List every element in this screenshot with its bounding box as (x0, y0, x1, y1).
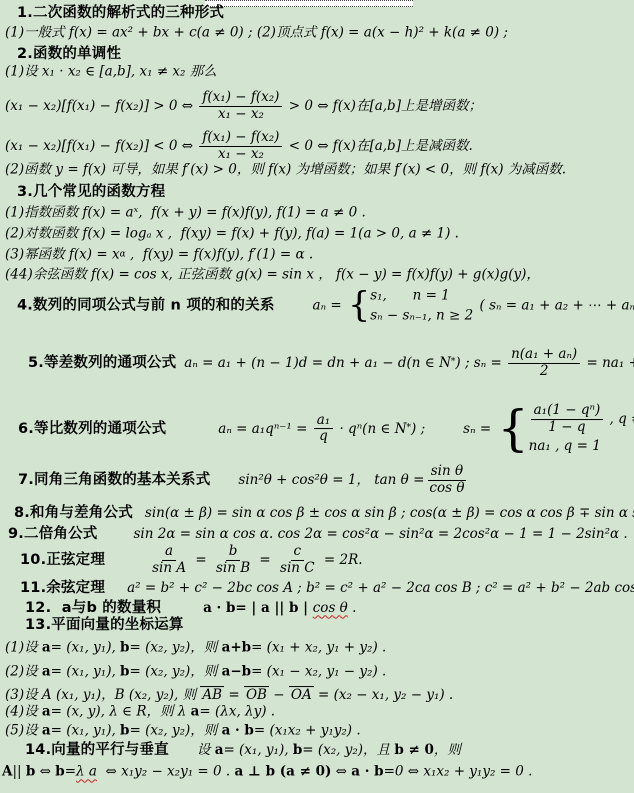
formula-text: ⇔ (35, 764, 55, 781)
formula-text: a² = b² + c² − 2bc cos A ; b² = c² + a² … (127, 580, 634, 597)
formula-text: (4)设 (5, 704, 42, 721)
heading-text: 5.等差数列的通项公式 (28, 354, 176, 372)
fraction-denominator: x₁ − x₂ (215, 147, 267, 163)
fraction-numerator: a₁ (314, 413, 333, 430)
fraction: a₁(1 − qⁿ)1 − q (531, 403, 604, 435)
formula-logarithmic-function: (2)对数函数 f(x) = logₐ x , f(xy) = f(x) + f… (5, 226, 459, 243)
heading-text: 4.数列的同项公式与前 n 项的和的关系 (17, 297, 275, 315)
formula-text: − (269, 687, 289, 704)
fraction-numerator: sin θ (428, 464, 466, 481)
bold-vector-text: b (120, 723, 129, 740)
formula-text: || (12, 764, 25, 781)
fraction-denominator: x₁ − x₂ (215, 107, 267, 123)
fraction: bsin B (213, 544, 253, 576)
heading-text: 11.余弦定理 (20, 579, 105, 597)
formula-scalar-multiplication: (4)设 a= (x, y), λ ∈ R，则 λ a= (λx, λy) . (5, 704, 275, 721)
formula-text: = (191, 552, 211, 569)
formula-text: ) ; (411, 421, 425, 438)
cases-row: a₁(1 − qⁿ)1 − q , q ≠ 1 (529, 403, 634, 435)
fraction-denominator: sin B (213, 561, 253, 577)
heading-text: 8.和角与差角公式 (14, 504, 133, 522)
cases-row: sₙ − sₙ₋₁, n ≥ 2 (370, 308, 473, 325)
document-page: 1.二次函数的解析式的三种形式(1)一般式 f(x) = ax² + bx + … (0, 0, 634, 793)
formula-cosine-sine-function: (44)余弦函数 f(x) = cos x, 正弦函数 g(x) = sin x… (5, 267, 540, 284)
formula-vector-addition: (1)设 a= (x₁, y₁), b= (x₂, y₂)，则 a+b= (x₁… (5, 640, 386, 657)
section-parallel-perpendicular: 14.向量的平行与垂直设 a= (x₁, y₁), b= (x₂, y₂)，且 … (25, 741, 461, 759)
formula-text: aₙ = a₁ + (n − 1)d = dn + a₁ − d(n ∈ N (184, 355, 451, 372)
bold-vector-text: a (42, 640, 51, 657)
fraction: csin C (277, 544, 318, 576)
heading-text: 14.向量的平行与垂直 (25, 741, 169, 759)
bold-vector-text: a+b (222, 640, 252, 657)
formula-dot-product-coordinates: (5)设 a= (x₁, y₁), b= (x₂, y₂)，则 a · b= (… (5, 723, 361, 740)
formula-text: = na₁ + (582, 355, 634, 372)
fraction-numerator: f(x₁) − f(x₂) (199, 90, 282, 107)
formula-text: (1)设 x₁ · x₂ ∈ [a,b], x₁ ≠ x₂ 那么 (5, 64, 217, 81)
formula-text: = (x, y), λ ∈ R，则 λ (51, 704, 191, 721)
vector-overline: OB (244, 686, 269, 704)
formula-text: aₙ = (313, 298, 346, 315)
bold-vector-text: b (293, 742, 302, 759)
formula-text: aₙ = a₁qⁿ⁻¹ = (218, 421, 311, 438)
formula-text: ，则 (434, 742, 461, 759)
bold-vector-text: a · b (351, 764, 383, 781)
spellcheck-wavy-text: cos θ (313, 600, 348, 617)
piecewise-cases: {a₁(1 − qⁿ)1 − q , q ≠ 1na₁ , q = 1 (497, 403, 634, 455)
formula-text: > 0 ⇔ f(x)在[a,b]上是增函数； (284, 98, 482, 115)
fraction: f(x₁) − f(x₂)x₁ − x₂ (199, 90, 282, 122)
formula-text: (2)设 (5, 664, 42, 681)
fraction-denominator: q (316, 430, 331, 446)
fraction: a₁q (314, 413, 333, 445)
vector-overline: OA (289, 686, 314, 704)
formula-vector-from-points: (3)设 A (x₁, y₁)，B (x₂, y₂), 则 AB = OB − … (5, 686, 453, 704)
section-law-of-cosines: 11.余弦定理a² = b² + c² − 2bc cos A ; b² = c… (20, 579, 634, 597)
bold-vector-text: a−b (222, 664, 252, 681)
cases-rows: a₁(1 − qⁿ)1 − q , q ≠ 1na₁ , q = 1 (529, 403, 634, 455)
formula-text: . (348, 600, 357, 617)
formula-text: ( sₙ = a₁ + a₂ + ⋯ + aₙ ). (475, 298, 634, 315)
section-double-angle-formulas: 9.二倍角公式sin 2α = sin α cos α. cos 2α = co… (8, 525, 628, 543)
formula-text: < 0 ⇔ f(x)在[a,b]上是减函数. (284, 138, 472, 155)
formula-text: ⇔ (331, 764, 351, 781)
heading-quadratic-forms: 1.二次函数的解析式的三种形式 (17, 4, 224, 22)
heading-text: 10.正弦定理 (20, 551, 105, 569)
formula-text: = (x₁, y₁), (51, 640, 120, 657)
cases-rows: s₁, n = 1sₙ − sₙ₋₁, n ≥ 2 (370, 288, 473, 325)
formula-derivative-monotonicity: (2)函数 y = f(x) 可导，如果 f′(x) > 0，则 f(x) 为增… (5, 162, 566, 179)
piecewise-cases: {s₁, n = 1sₙ − sₙ₋₁, n ≥ 2 (348, 288, 473, 325)
section-geometric-sequence: 6.等比数列的通项公式aₙ = a₁qⁿ⁻¹ = a₁q · qⁿ(n ∈ N*… (18, 403, 634, 455)
formula-text: (44)余弦函数 f(x) = cos x, 正弦函数 g(x) = sin x… (5, 267, 540, 284)
bold-vector-text: a (191, 704, 200, 721)
bold-vector-text: A (2, 764, 12, 781)
heading-text: 2.函数的单调性 (17, 45, 121, 63)
spellcheck-wavy-text: λ a (76, 764, 97, 781)
formula-decreasing-condition: (x₁ − x₂)[f(x₁) − f(x₂)] < 0 ⇔ f(x₁) − f… (5, 130, 473, 162)
formula-text: , q ≠ 1 (605, 411, 634, 428)
formula-text: = (65, 764, 76, 781)
formula-text: ⇔ x₁y₂ − x₂y₁ = 0 . (97, 764, 235, 781)
formula-vector-subtraction: (2)设 a= (x₁, y₁), b= (x₂, y₂)，则 a−b= (x₁… (5, 664, 386, 681)
bold-vector-text: b (120, 664, 129, 681)
section-dot-product: 12. a与b 的数量积a · b= | a || b | cos θ . (25, 599, 356, 617)
formula-text: (5)设 (5, 723, 42, 740)
formula-text: sₙ − sₙ₋₁, n ≥ 2 (370, 308, 473, 325)
formula-increasing-condition: (x₁ − x₂)[f(x₁) − f(x₂)] > 0 ⇔ f(x₁) − f… (5, 90, 482, 122)
fraction-denominator: sin C (277, 561, 318, 577)
heading-text: 9.二倍角公式 (8, 525, 98, 543)
bold-vector-text: b (120, 640, 129, 657)
fraction-denominator: 1 − q (545, 420, 588, 436)
fraction: sin θcos θ (426, 464, 467, 496)
bold-vector-text: b ≠ 0 (394, 742, 434, 759)
formula-text: = (x₁, y₁), (51, 723, 120, 740)
heading-text: 3.几个常见的函数方程 (17, 183, 165, 201)
formula-general-and-vertex-form: (1)一般式 f(x) = ax² + bx + c(a ≠ 0) ; (2)顶… (5, 25, 508, 42)
formula-parallel-perpendicular-conditions: A|| b ⇔ b=λ a ⇔ x₁y₂ − x₂y₁ = 0 . a ⊥ b … (2, 764, 532, 781)
formula-text: = (x₂ − x₁, y₂ − y₁) . (314, 687, 454, 704)
bold-vector-text: a ⊥ b (a ≠ 0) (234, 764, 331, 781)
fraction-numerator: a₁(1 − qⁿ) (531, 403, 604, 420)
section-sequence-sum-relation: 4.数列的同项公式与前 n 项的和的关系aₙ = {s₁, n = 1sₙ − … (17, 288, 634, 325)
bold-vector-text: b (55, 764, 64, 781)
formula-text: (1)指数函数 f(x) = aˣ, f(x + y) = f(x)f(y), … (5, 205, 366, 222)
formula-text: sin 2α = sin α cos α. cos 2α = cos²α − s… (134, 526, 628, 543)
curly-brace-icon: { (348, 289, 370, 322)
fraction-numerator: c (291, 544, 305, 561)
formula-text: = (x₂, y₂)，则 (130, 664, 222, 681)
section-trig-basic-relations: 7.同角三角函数的基本关系式sin²θ + cos²θ = 1， tan θ =… (18, 464, 469, 496)
formula-text: = (224, 687, 244, 704)
formula-text: =0 ⇔ x₁x₂ + y₁y₂ = 0 . (384, 764, 533, 781)
formula-text: = (x₁x₂ + y₁y₂) . (254, 723, 361, 740)
formula-text: sin²θ + cos²θ = 1， tan θ = (238, 472, 424, 489)
heading-text: 1.二次函数的解析式的三种形式 (17, 4, 224, 22)
formula-text: na₁ , q = 1 (529, 438, 601, 455)
formula-text: ) ; sₙ = (455, 355, 506, 372)
formula-exponential-function: (1)指数函数 f(x) = aˣ, f(x + y) = f(x)f(y), … (5, 205, 366, 222)
fraction-numerator: n(a₁ + aₙ) (508, 347, 580, 364)
cases-row: na₁ , q = 1 (529, 438, 634, 455)
formula-text: = (255, 552, 275, 569)
heading-common-function-equations: 3.几个常见的函数方程 (17, 183, 165, 201)
formula-text: sin(α ± β) = sin α cos β ± cos α sin β ;… (145, 505, 634, 522)
section-arithmetic-sequence: 5.等差数列的通项公式aₙ = a₁ + (n − 1)d = dn + a₁ … (28, 347, 634, 379)
formula-text: sₙ = (463, 421, 495, 438)
bold-vector-text: b (26, 764, 35, 781)
formula-text: (1)设 (5, 640, 42, 657)
formula-text: = (x₂, y₂)，则 (130, 640, 222, 657)
formula-text: , f(xy) = f(x)f(y), f′(1) = α . (126, 247, 314, 264)
bold-vector-text: a · b= | a || b | (203, 600, 313, 617)
formula-power-function: (3)幂函数 f(x) = xα , f(xy) = f(x)f(y), f′(… (5, 247, 313, 264)
formula-text: (x₁ − x₂)[f(x₁) − f(x₂)] > 0 ⇔ (5, 98, 197, 115)
dotted-selection-strip (205, 0, 413, 7)
formula-text: · qⁿ(n ∈ N (335, 421, 406, 438)
formula-text: = (x₁, y₁), (51, 664, 120, 681)
bold-vector-text: a (42, 704, 51, 721)
section-law-of-sines: 10.正弦定理asin A = bsin B = csin C = 2R. (20, 544, 363, 576)
formula-text: = (x₁ − x₂, y₁ − y₂) . (251, 664, 386, 681)
fraction-numerator: f(x₁) − f(x₂) (199, 130, 282, 147)
formula-monotonicity-setup: (1)设 x₁ · x₂ ∈ [a,b], x₁ ≠ x₂ 那么 (5, 64, 217, 81)
heading-text: 7.同角三角函数的基本关系式 (18, 471, 210, 489)
fraction-numerator: b (226, 544, 241, 561)
formula-text: (3)设 A (x₁, y₁)，B (x₂, y₂), 则 (5, 687, 200, 704)
fraction-numerator: a (162, 544, 176, 561)
heading-text: 13.平面向量的坐标运算 (25, 616, 184, 634)
fraction: asin A (149, 544, 189, 576)
heading-text: 12. a与b 的数量积 (25, 599, 161, 617)
heading-monotonicity: 2.函数的单调性 (17, 45, 121, 63)
bold-vector-text: a (215, 742, 224, 759)
fraction-denominator: cos θ (426, 481, 467, 497)
formula-text: = (x₁, y₁), (223, 742, 292, 759)
formula-text: (2)函数 y = f(x) 可导，如果 f′(x) > 0，则 f(x) 为增… (5, 162, 566, 179)
formula-text: (3)幂函数 f(x) = x (5, 247, 120, 264)
fraction: f(x₁) − f(x₂)x₁ − x₂ (199, 130, 282, 162)
vector-overline: AB (200, 686, 224, 704)
heading-text: 6.等比数列的通项公式 (18, 420, 166, 438)
formula-text: (2)对数函数 f(x) = logₐ x , f(xy) = f(x) + f… (5, 226, 459, 243)
formula-text: s₁, n = 1 (370, 288, 450, 305)
bold-vector-text: a · b (222, 723, 254, 740)
fraction: n(a₁ + aₙ)2 (508, 347, 580, 379)
fraction-denominator: sin A (149, 561, 189, 577)
formula-text: (x₁ − x₂)[f(x₁) − f(x₂)] < 0 ⇔ (5, 138, 197, 155)
heading-vector-coordinate-operations: 13.平面向量的坐标运算 (25, 616, 184, 634)
fraction-denominator: 2 (537, 364, 552, 380)
cases-row: s₁, n = 1 (370, 288, 473, 305)
formula-text: = (x₂, y₂)，且 (302, 742, 394, 759)
formula-text: = 2R. (320, 552, 363, 569)
formula-text: = (x₁ + x₂, y₁ + y₂) . (251, 640, 386, 657)
formula-text: 设 (197, 742, 215, 759)
bold-vector-text: a (42, 723, 51, 740)
section-sum-difference-formulas: 8.和角与差角公式sin(α ± β) = sin α cos β ± cos … (14, 504, 634, 522)
formula-text: (1)一般式 f(x) = ax² + bx + c(a ≠ 0) ; (2)顶… (5, 25, 508, 42)
bold-vector-text: a (42, 664, 51, 681)
curly-brace-icon: { (497, 406, 528, 453)
formula-text: = (λx, λy) . (199, 704, 275, 721)
formula-text: = (x₂, y₂)，则 (130, 723, 222, 740)
